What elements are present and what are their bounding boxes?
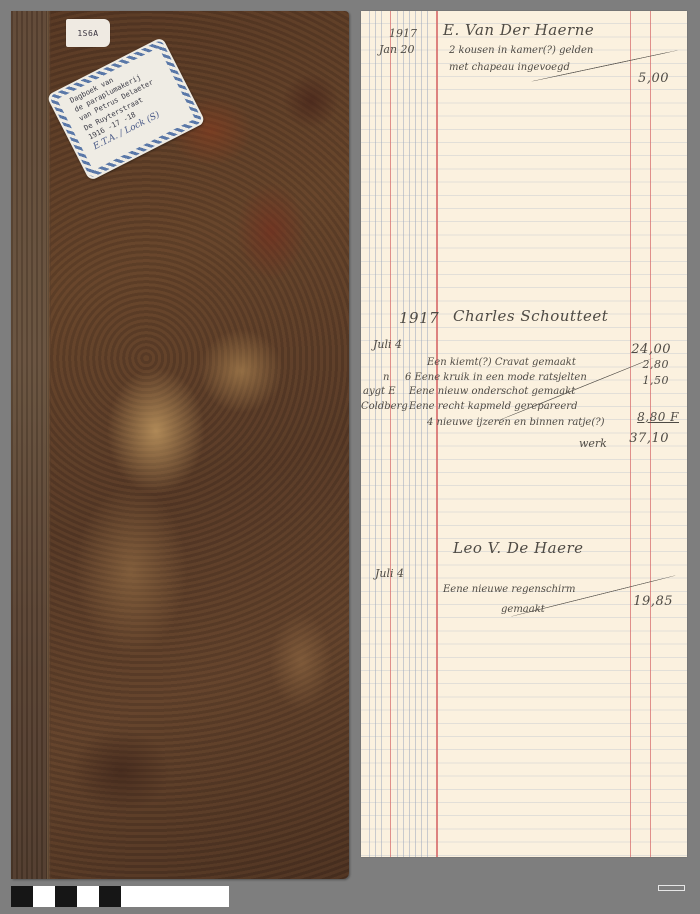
ledger-book-cover: 1S6A Dagboek van de paraplumakerij van P… — [11, 11, 349, 879]
scale-segment — [99, 886, 121, 907]
column-rule — [403, 11, 404, 857]
inventory-number: 1S6A — [77, 29, 98, 38]
customer-name: Charles Schoutteet — [453, 307, 608, 325]
entry-line: 4 nieuwe ijzeren en binnen ratje(?) — [427, 416, 605, 429]
column-rule — [409, 11, 410, 857]
entry-amount: 5,00 — [631, 71, 669, 86]
column-rule — [427, 11, 428, 857]
margin-note: n — [383, 371, 389, 384]
entry-total: 37,10 — [623, 431, 669, 446]
scale-segment — [77, 886, 99, 907]
scale-segment — [121, 886, 229, 907]
entry-line: Eene recht kapmeld gerepareerd — [409, 400, 577, 413]
ledger-page: 1917 Jan 20 E. Van Der Haerne 2 kousen i… — [361, 11, 687, 857]
column-rule — [397, 11, 398, 857]
cover-label: Dagboek van de paraplumakerij van Petrus… — [46, 37, 205, 182]
scale-segment — [33, 886, 55, 907]
color-scale-bar — [11, 886, 229, 907]
entry-line: 2 kousen in kamer(?) gelden — [449, 44, 593, 57]
entry-amount: 8,80 F — [613, 410, 679, 424]
entry-line: met chapeau ingevoegd — [449, 61, 570, 74]
customer-name: E. Van Der Haerne — [443, 21, 594, 39]
inventory-tag: 1S6A — [66, 19, 110, 47]
scale-segment — [55, 886, 77, 907]
entry-date: Juli 4 — [375, 567, 404, 580]
entry-amount: 19,85 — [623, 594, 673, 609]
entry-year: 1917 — [399, 309, 439, 327]
scale-segment — [11, 886, 33, 907]
column-rule — [369, 11, 370, 857]
size-marker — [658, 885, 685, 891]
entry-line: 6 Eene kruik in een mode ratsjelten — [405, 371, 587, 384]
margin-note: Coldberg — [361, 400, 408, 413]
customer-name: Leo V. De Haere — [453, 539, 584, 557]
entry-line: Een kiemt(?) Cravat gemaakt — [427, 356, 576, 369]
column-rule — [381, 11, 382, 857]
margin-note: aygt E — [363, 385, 396, 398]
margin-rule — [436, 11, 438, 857]
column-rule — [375, 11, 376, 857]
entry-line: Eene nieuwe regenschirm — [443, 583, 576, 596]
entry-line: Eene nieuw onderschot gemaakt — [409, 385, 575, 398]
column-rule — [421, 11, 422, 857]
entry-date: Juli 4 — [373, 338, 402, 351]
entry-amount: 1,50 — [623, 374, 669, 387]
total-label: werk — [579, 437, 607, 450]
book-spine — [11, 11, 49, 879]
entry-amount: 24,00 — [623, 342, 671, 357]
spine-edge — [47, 11, 51, 879]
column-rule — [390, 11, 391, 857]
entry-year: 1917 — [389, 27, 417, 40]
column-rule — [415, 11, 416, 857]
entry-date: Jan 20 — [379, 43, 415, 56]
